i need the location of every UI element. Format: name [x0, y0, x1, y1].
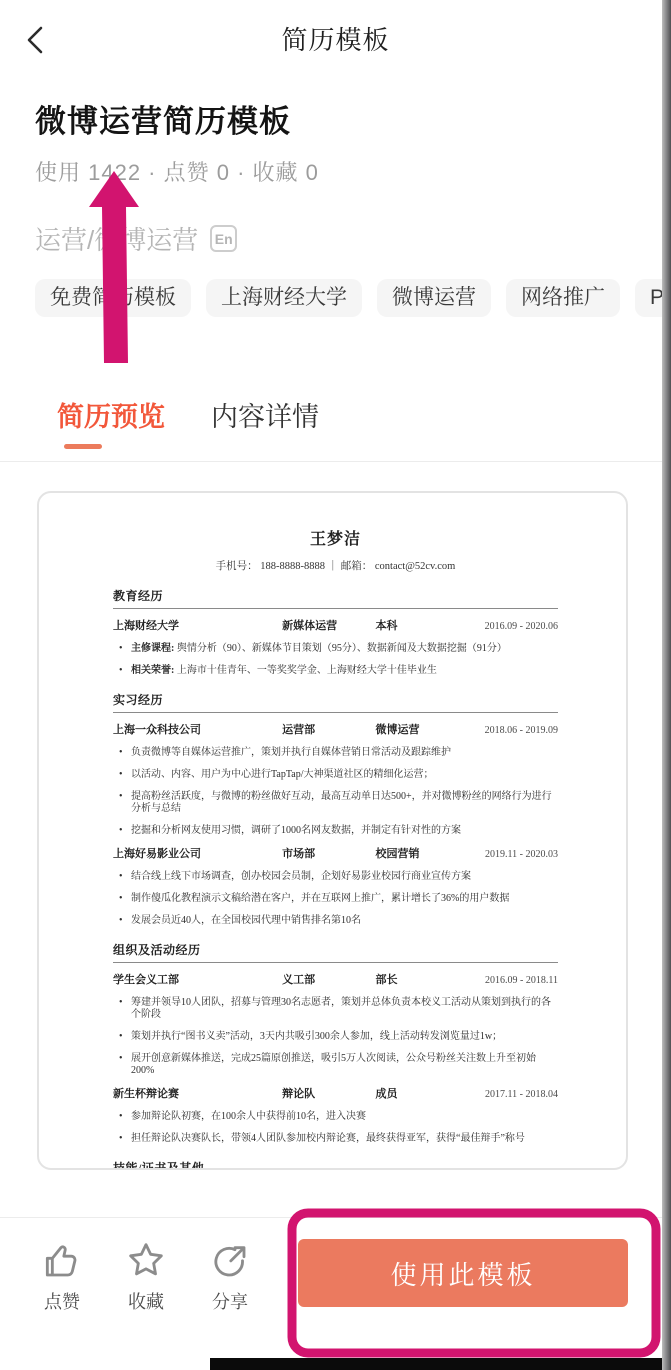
favorite-label: 收藏: [128, 1288, 164, 1314]
bullet-icon: •: [119, 1053, 131, 1077]
resume-bullet-text: 参加辩论队初赛，在100余人中获得前10名，进入决赛: [131, 1111, 366, 1123]
resume-entry-role: 成员: [376, 1085, 465, 1101]
resume-entry-org: 上海好易影业公司: [113, 845, 282, 861]
resume-bullet-text: 主修课程: 舆情分析（90）、新媒体节目策划（95分）、数据新闻及大数据挖掘（9…: [131, 643, 507, 655]
resume-entry-header: 上海一众科技公司运营部微博运营2018.06 - 2019.09: [113, 721, 558, 737]
resume-section-title: 实习经历: [113, 691, 558, 713]
active-tab-underline: [64, 444, 102, 449]
bullet-icon: •: [119, 1133, 131, 1145]
resume-entry-org: 新生杯辩论赛: [113, 1085, 282, 1101]
resume-name: 王梦洁: [113, 526, 558, 549]
tab-resume-preview[interactable]: 简历预览: [57, 395, 165, 434]
favorite-button[interactable]: 收藏: [120, 1240, 172, 1314]
tag[interactable]: 网络推广: [506, 279, 620, 317]
share-icon: [210, 1240, 250, 1280]
screenshot-bottom-bar: [210, 1358, 671, 1370]
action-group: 点赞 收藏 分享: [36, 1240, 256, 1314]
thumbs-up-icon: [42, 1240, 82, 1280]
bullet-icon: •: [119, 769, 131, 781]
like-button[interactable]: 点赞: [36, 1240, 88, 1314]
resume-entry-header: 学生会义工部义工部部长2016.09 - 2018.11: [113, 971, 558, 987]
resume-section: 教育经历上海财经大学新媒体运营本科2016.09 - 2020.06•主修课程:…: [113, 587, 558, 677]
resume-entry-role: 部长: [376, 971, 465, 987]
resume-bullet-text: 筹建并领导10人团队，招募与管理30名志愿者，策划并总体负责本校义工活动从策划到…: [131, 997, 558, 1021]
resume-bullet: •参加辩论队初赛，在100余人中获得前10名，进入决赛: [113, 1111, 558, 1123]
resume-bullet: •主修课程: 舆情分析（90）、新媒体节目策划（95分）、数据新闻及大数据挖掘（…: [113, 643, 558, 655]
resume-section: 实习经历上海一众科技公司运营部微博运营2018.06 - 2019.09•负责微…: [113, 691, 558, 927]
bullet-icon: •: [119, 1031, 131, 1043]
resume-bullet: •相关荣誉: 上海市十佳青年、一等奖奖学金、上海财经大学十佳毕业生: [113, 665, 558, 677]
resume-entry-org: 上海财经大学: [113, 617, 282, 633]
resume-entry-dept: 新媒体运营: [282, 617, 375, 633]
resume-entry-header: 新生杯辩论赛辩论队成员2017.11 - 2018.04: [113, 1085, 558, 1101]
tab-bar: 简历预览 内容详情: [57, 395, 671, 434]
resume-bullet: •挖掘和分析网友使用习惯，调研了1000名网友数据，并制定有针对性的方案: [113, 825, 558, 837]
bullet-icon: •: [119, 643, 131, 655]
tags-row: 免费简历模板上海财经大学微博运营网络推广P: [35, 279, 671, 317]
bullet-icon: •: [119, 1111, 131, 1123]
resume-preview-card[interactable]: 王梦洁 手机号： 188-8888-8888 ｜ 邮箱： contact@52c…: [37, 491, 628, 1170]
bullet-icon: •: [119, 871, 131, 883]
resume-entry-header: 上海财经大学新媒体运营本科2016.09 - 2020.06: [113, 617, 558, 633]
resume-section-title: 组织及活动经历: [113, 941, 558, 963]
resume-bullet-text: 负责微博等自媒体运营推广，策划并执行自媒体营销日常活动及跟踪维护: [131, 747, 451, 759]
template-title: 微博运营简历模板: [35, 96, 636, 141]
resume-bullet-text: 发展会员近40人，在全国校园代理中销售排名第10名: [131, 915, 361, 927]
screenshot-edge-strip: [662, 0, 671, 1370]
resume-bullet-text: 以活动、内容、用户为中心进行TapTap/大神渠道社区的精细化运营；: [131, 769, 433, 781]
app-screen: 简历模板 微博运营简历模板 使用 1422 · 点赞 0 · 收藏 0 运营/微…: [0, 0, 671, 1370]
resume-entry-role: 校园营销: [376, 845, 465, 861]
resume-bullet: •策划并执行“图书义卖”活动，3天内共吸引300余人参加，线上活动转发浏览量过1…: [113, 1031, 558, 1043]
resume-bullet-text: 制作傻瓜化教程演示文稿给潜在客户，并在互联网上推广，累计增长了36%的用户数据: [131, 893, 509, 905]
resume-bullet: •筹建并领导10人团队，招募与管理30名志愿者，策划并总体负责本校义工活动从策划…: [113, 997, 558, 1021]
resume-bullet-text: 提高粉丝活跃度，与微博的粉丝做好互动，最高互动单日达500+，并对微博粉丝的网络…: [131, 791, 558, 815]
share-button[interactable]: 分享: [204, 1240, 256, 1314]
tag[interactable]: 上海财经大学: [206, 279, 362, 317]
resume-bullet: •发展会员近40人，在全国校园代理中销售排名第10名: [113, 915, 558, 927]
resume-entry-dept: 市场部: [282, 845, 375, 861]
resume-section: 组织及活动经历学生会义工部义工部部长2016.09 - 2018.11•筹建并领…: [113, 941, 558, 1145]
resume-entry-period: 2018.06 - 2019.09: [465, 725, 558, 736]
category-row: 运营/微博运营 En: [35, 220, 636, 257]
use-template-button[interactable]: 使用此模板: [298, 1239, 628, 1307]
bullet-icon: •: [119, 893, 131, 905]
resume-bullet-text: 担任辩论队决赛队长，带领4人团队参加校内辩论赛，最终获得亚军，获得“最佳辩手”称…: [131, 1133, 525, 1145]
page-header-title: 简历模板: [0, 20, 671, 57]
resume-entry-period: 2017.11 - 2018.04: [465, 1089, 558, 1100]
tab-content-details[interactable]: 内容详情: [211, 395, 319, 434]
annotation-arrow: [89, 171, 139, 363]
resume-bullet: •负责微博等自媒体运营推广，策划并执行自媒体营销日常活动及跟踪维护: [113, 747, 558, 759]
resume-entry-org: 学生会义工部: [113, 971, 282, 987]
resume-entry-period: 2016.09 - 2018.11: [465, 975, 558, 986]
resume-bullet: •展开创意新媒体推送，完成25篇原创推送，吸引5万人次阅读，公众号粉丝关注数上升…: [113, 1053, 558, 1077]
resume-bullet-text: 展开创意新媒体推送，完成25篇原创推送，吸引5万人次阅读，公众号粉丝关注数上升至…: [131, 1053, 558, 1077]
bullet-icon: •: [119, 997, 131, 1021]
resume-bullet: •结合线上线下市场调查，创办校园会员制，企划好易影业校园行商业宣传方案: [113, 871, 558, 883]
resume-bullet: •担任辩论队决赛队长，带领4人团队参加校内辩论赛，最终获得亚军，获得“最佳辩手”…: [113, 1133, 558, 1145]
bottom-action-bar: 点赞 收藏 分享 使用此模板: [0, 1217, 671, 1370]
bullet-icon: •: [119, 665, 131, 677]
resume-bullet-text: 相关荣誉: 上海市十佳青年、一等奖奖学金、上海财经大学十佳毕业生: [131, 665, 437, 677]
english-version-badge[interactable]: En: [210, 225, 237, 252]
bullet-icon: •: [119, 791, 131, 815]
resume-bullet-text: 策划并执行“图书义卖”活动，3天内共吸引300余人参加，线上活动转发浏览量过1w…: [131, 1031, 502, 1043]
nav-bar: 简历模板: [0, 0, 671, 64]
resume-body: 教育经历上海财经大学新媒体运营本科2016.09 - 2020.06•主修课程:…: [113, 587, 558, 1170]
resume-bullet: •提高粉丝活跃度，与微博的粉丝做好互动，最高互动单日达500+，并对微博粉丝的网…: [113, 791, 558, 815]
tag[interactable]: 免费简历模板: [35, 279, 191, 317]
resume-entry-org: 上海一众科技公司: [113, 721, 282, 737]
resume-section-title: 教育经历: [113, 587, 558, 609]
template-stats: 使用 1422 · 点赞 0 · 收藏 0: [35, 156, 636, 187]
resume-entry-role: 本科: [376, 617, 465, 633]
like-label: 点赞: [44, 1288, 80, 1314]
resume-entry-role: 微博运营: [376, 721, 465, 737]
tab-divider: [0, 461, 671, 462]
bullet-icon: •: [119, 915, 131, 927]
resume-entry-header: 上海好易影业公司市场部校园营销2019.11 - 2020.03: [113, 845, 558, 861]
resume-entry-period: 2016.09 - 2020.06: [465, 621, 558, 632]
resume-contact: 手机号： 188-8888-8888 ｜ 邮箱： contact@52cv.co…: [113, 558, 558, 573]
share-label: 分享: [212, 1288, 248, 1314]
chevron-left-icon: [20, 24, 52, 56]
tag[interactable]: 微博运营: [377, 279, 491, 317]
resume-section-title: 技能/证书及其他: [113, 1159, 558, 1170]
bullet-icon: •: [119, 825, 131, 837]
resume-bullet: •制作傻瓜化教程演示文稿给潜在客户，并在互联网上推广，累计增长了36%的用户数据: [113, 893, 558, 905]
bullet-icon: •: [119, 747, 131, 759]
resume-entry-dept: 义工部: [282, 971, 375, 987]
resume-entry-period: 2019.11 - 2020.03: [465, 849, 558, 860]
resume-entry-dept: 辩论队: [282, 1085, 375, 1101]
resume-bullet-text: 结合线上线下市场调查，创办校园会员制，企划好易影业校园行商业宣传方案: [131, 871, 471, 883]
resume-entry-dept: 运营部: [282, 721, 375, 737]
resume-bullet: •以活动、内容、用户为中心进行TapTap/大神渠道社区的精细化运营；: [113, 769, 558, 781]
back-button[interactable]: [20, 24, 52, 56]
category-breadcrumb: 运营/微博运营: [35, 220, 198, 257]
resume-section: 技能/证书及其他•技能: 微信公众号，H5，Photoshop，SQL Serv…: [113, 1159, 558, 1170]
resume-bullet-text: 挖掘和分析网友使用习惯，调研了1000名网友数据，并制定有针对性的方案: [131, 825, 461, 837]
star-icon: [126, 1240, 166, 1280]
